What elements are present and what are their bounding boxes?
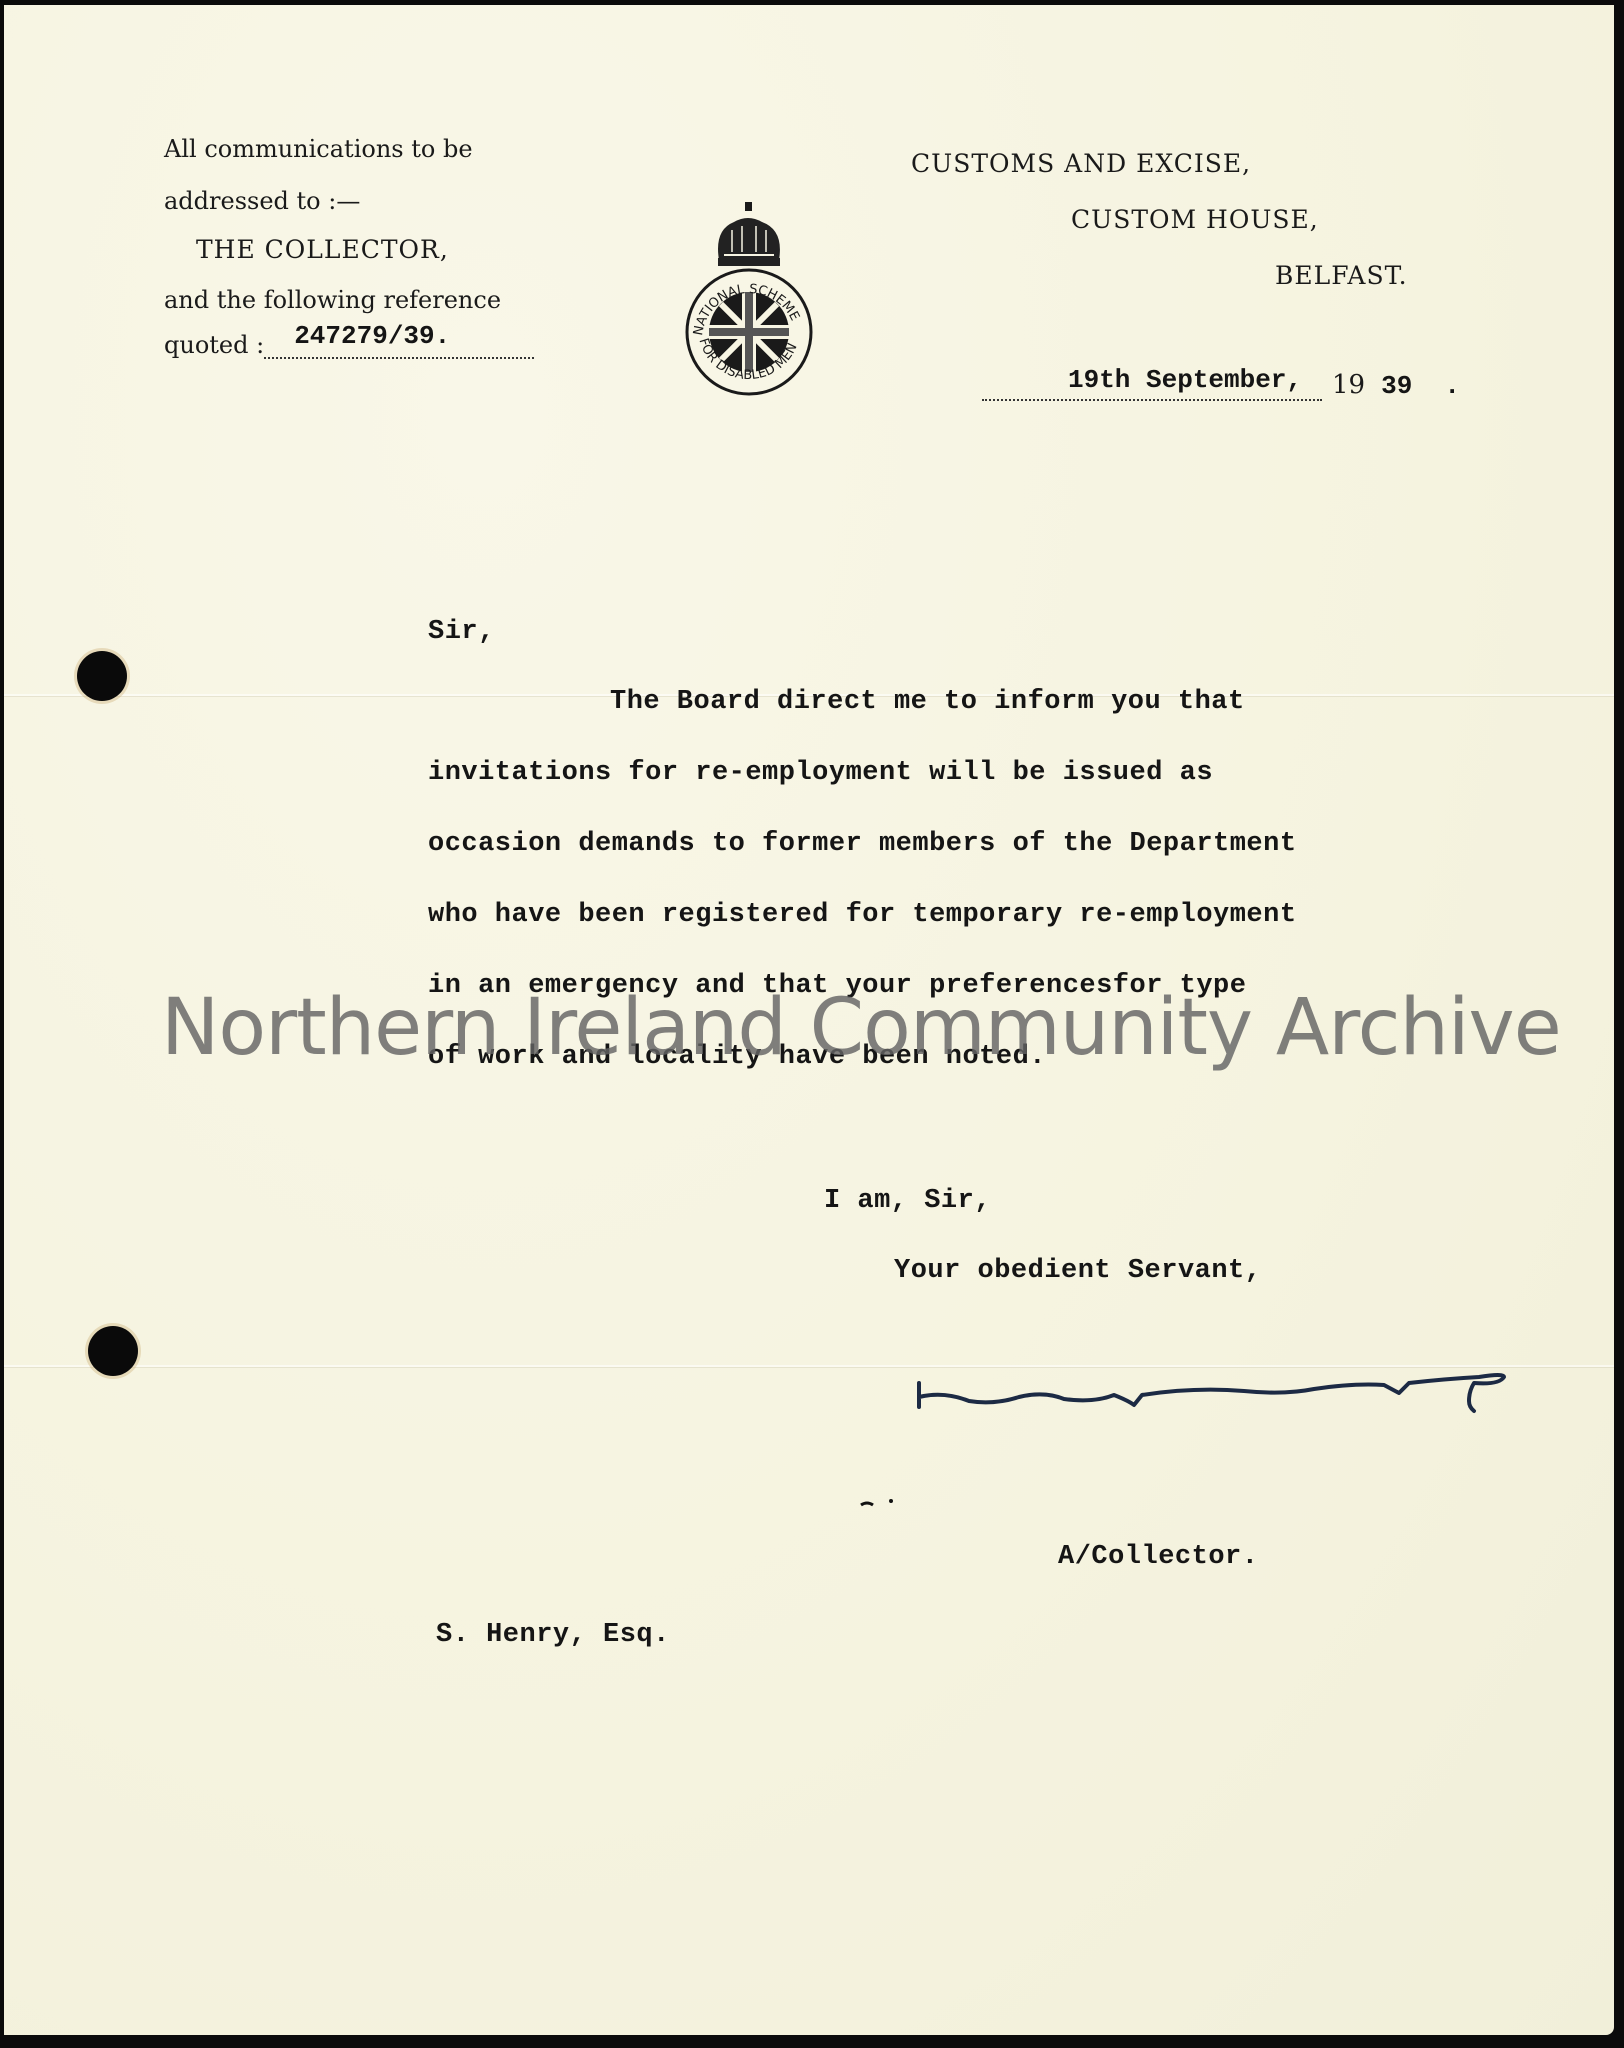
body-line: who have been registered for temporary r… — [428, 900, 1297, 930]
letterhead-line: All communications to be — [164, 135, 473, 163]
body-line: The Board direct me to inform you that — [610, 687, 1245, 717]
signatory-title: A/Collector. — [1058, 1542, 1258, 1572]
closing-line: Your obedient Servant, — [894, 1256, 1261, 1286]
body-line: invitations for re-employment will be is… — [428, 758, 1213, 788]
letterhead-line: addressed to :— — [164, 187, 360, 215]
city-name: BELFAST. — [1275, 261, 1408, 290]
addressee: S. Henry, Esq. — [436, 1620, 670, 1650]
closing-line: I am, Sir, — [824, 1186, 991, 1216]
punch-hole — [88, 1326, 138, 1376]
national-scheme-badge-icon: NATIONAL SCHEME FOR DISABLED MEN — [684, 200, 814, 400]
salutation: Sir, — [428, 617, 495, 647]
handwritten-signature — [914, 1365, 1514, 1425]
date-year: 39 — [1381, 371, 1412, 401]
reference-line: quoted :247279/39. — [164, 331, 534, 359]
date-day-month: 19th September, — [1068, 365, 1302, 395]
reference-field: 247279/39. — [264, 331, 534, 359]
date-century: 19 — [1332, 370, 1365, 400]
letterhead-line: and the following reference — [164, 286, 501, 314]
date-trailing: . — [1444, 371, 1460, 401]
quoted-label: quoted : — [164, 331, 264, 359]
letter-page: All communications to be addressed to :—… — [4, 5, 1614, 2035]
reference-number: 247279/39. — [294, 321, 450, 351]
date-line: 19th September, 19 39 . — [982, 369, 1460, 401]
body-line: occasion demands to former members of th… — [428, 829, 1297, 859]
punch-hole — [77, 651, 127, 701]
department-name: CUSTOMS AND EXCISE, — [911, 149, 1251, 178]
ink-mark — [859, 1497, 899, 1511]
date-field: 19th September, — [982, 369, 1322, 401]
office-name: CUSTOM HOUSE, — [1071, 205, 1319, 234]
letterhead-addressee: THE COLLECTOR, — [196, 235, 449, 264]
archive-watermark: Northern Ireland Community Archive — [161, 983, 1561, 1073]
